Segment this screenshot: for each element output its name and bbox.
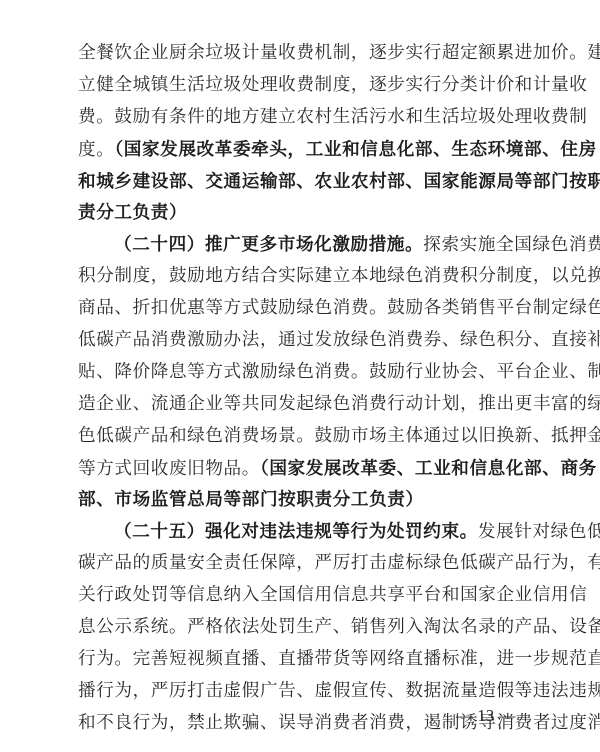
responsible-departments: 责分工负责） bbox=[78, 202, 187, 223]
section-heading: （二十四）推广更多市场化激励措施。 bbox=[114, 234, 423, 255]
paragraph-text: 积分制度，鼓励地方结合实际建立本地绿色消费积分制度，以兑换 bbox=[78, 266, 600, 286]
responsible-departments: （国家发展改革委、工业和信息化部、商务 bbox=[260, 458, 597, 479]
text-line: 积分制度，鼓励地方结合实际建立本地绿色消费积分制度，以兑换 bbox=[78, 261, 526, 293]
paragraph-text: 发展针对绿色低 bbox=[478, 522, 600, 542]
paragraph-text: 商品、折扣优惠等方式鼓励绿色消费。鼓励各类销售平台制定绿色 bbox=[78, 298, 600, 318]
paragraph-text: 立健全城镇生活垃圾处理收费制度，逐步实行分类计价和计量收 bbox=[78, 75, 587, 95]
paragraph-text: 低碳产品消费激励办法，通过发放绿色消费券、绿色积分、直接补 bbox=[78, 330, 600, 350]
paragraph-text: 行为。完善短视频直播、直播带货等网络直播标准，进一步规范直 bbox=[78, 649, 600, 669]
text-line: 造企业、流通企业等共同发起绿色消费行动计划，推出更丰富的绿 bbox=[78, 389, 526, 421]
text-line: 贴、降价降息等方式激励绿色消费。鼓励行业协会、平台企业、制 bbox=[78, 357, 526, 389]
paragraph-text: 度。 bbox=[78, 140, 114, 160]
paragraph-text: 关行政处罚等信息纳入全国信用信息共享平台和国家企业信用信 bbox=[78, 585, 587, 605]
text-line: 全餐饮企业厨余垃圾计量收费机制，逐步实行超定额累进加价。建 bbox=[78, 38, 526, 70]
text-line: 商品、折扣优惠等方式鼓励绿色消费。鼓励各类销售平台制定绿色 bbox=[78, 293, 526, 325]
text-line: 费。鼓励有条件的地方建立农村生活污水和生活垃圾处理收费制 bbox=[78, 102, 526, 134]
paragraph-text: 费。鼓励有条件的地方建立农村生活污水和生活垃圾处理收费制 bbox=[78, 107, 587, 127]
text-line: 色低碳产品和绿色消费场景。鼓励市场主体通过以旧换新、抵押金 bbox=[78, 421, 526, 453]
text-line: 度。（国家发展改革委牵头，工业和信息化部、生态环境部、住房 bbox=[78, 134, 526, 166]
text-line: 低碳产品消费激励办法，通过发放绿色消费券、绿色积分、直接补 bbox=[78, 325, 526, 357]
text-line: （二十五）强化对违法违规等行为处罚约束。发展针对绿色低 bbox=[78, 516, 526, 548]
body-text: 全餐饮企业厨余垃圾计量收费机制，逐步实行超定额累进加价。建立健全城镇生活垃圾处理… bbox=[78, 38, 526, 740]
text-line: 责分工负责） bbox=[78, 197, 526, 229]
paragraph-text: 全餐饮企业厨余垃圾计量收费机制，逐步实行超定额累进加价。建 bbox=[78, 43, 600, 63]
paragraph-text: 等方式回收废旧物品。 bbox=[78, 459, 260, 479]
text-line: （二十四）推广更多市场化激励措施。探索实施全国绿色消费 bbox=[78, 229, 526, 261]
section-heading: （二十五）强化对违法违规等行为处罚约束。 bbox=[114, 521, 478, 542]
responsible-departments: 和城乡建设部、交通运输部、农业农村部、国家能源局等部门按职 bbox=[78, 171, 600, 192]
paragraph-text: 贴、降价降息等方式激励绿色消费。鼓励行业协会、平台企业、制 bbox=[78, 362, 600, 382]
paragraph-text: 碳产品的质量安全责任保障，严厉打击虚标绿色低碳产品行为，有 bbox=[78, 553, 600, 573]
paragraph-text: 色低碳产品和绿色消费场景。鼓励市场主体通过以旧换新、抵押金 bbox=[78, 426, 600, 446]
text-line: 行为。完善短视频直播、直播带货等网络直播标准，进一步规范直 bbox=[78, 644, 526, 676]
text-line: 部、市场监管总局等部门按职责分工负责） bbox=[78, 484, 526, 516]
text-line: 息公示系统。严格依法处罚生产、销售列入淘汰名录的产品、设备 bbox=[78, 612, 526, 644]
text-line: 播行为，严厉打击虚假广告、虚假宣传、数据流量造假等违法违规 bbox=[78, 676, 526, 708]
text-line: 和城乡建设部、交通运输部、农业农村部、国家能源局等部门按职 bbox=[78, 166, 526, 198]
text-line: 碳产品的质量安全责任保障，严厉打击虚标绿色低碳产品行为，有 bbox=[78, 548, 526, 580]
responsible-departments: （国家发展改革委牵头，工业和信息化部、生态环境部、住房 bbox=[114, 139, 596, 160]
text-line: 关行政处罚等信息纳入全国信用信息共享平台和国家企业信用信 bbox=[78, 580, 526, 612]
page-number: — 13 — bbox=[456, 706, 516, 726]
paragraph-text: 探索实施全国绿色消费 bbox=[423, 235, 600, 255]
document-page: 全餐饮企业厨余垃圾计量收费机制，逐步实行超定额累进加价。建立健全城镇生活垃圾处理… bbox=[0, 0, 600, 752]
text-line: 等方式回收废旧物品。（国家发展改革委、工业和信息化部、商务 bbox=[78, 453, 526, 485]
paragraph-text: 和不良行为，禁止欺骗、误导消费者消费，遏制诱导消费者过度消 bbox=[78, 713, 600, 733]
responsible-departments: 部、市场监管总局等部门按职责分工负责） bbox=[78, 489, 424, 510]
paragraph-text: 播行为，严厉打击虚假广告、虚假宣传、数据流量造假等违法违规 bbox=[78, 681, 600, 701]
paragraph-text: 造企业、流通企业等共同发起绿色消费行动计划，推出更丰富的绿 bbox=[78, 394, 600, 414]
text-line: 立健全城镇生活垃圾处理收费制度，逐步实行分类计价和计量收 bbox=[78, 70, 526, 102]
paragraph-text: 息公示系统。严格依法处罚生产、销售列入淘汰名录的产品、设备 bbox=[78, 617, 600, 637]
